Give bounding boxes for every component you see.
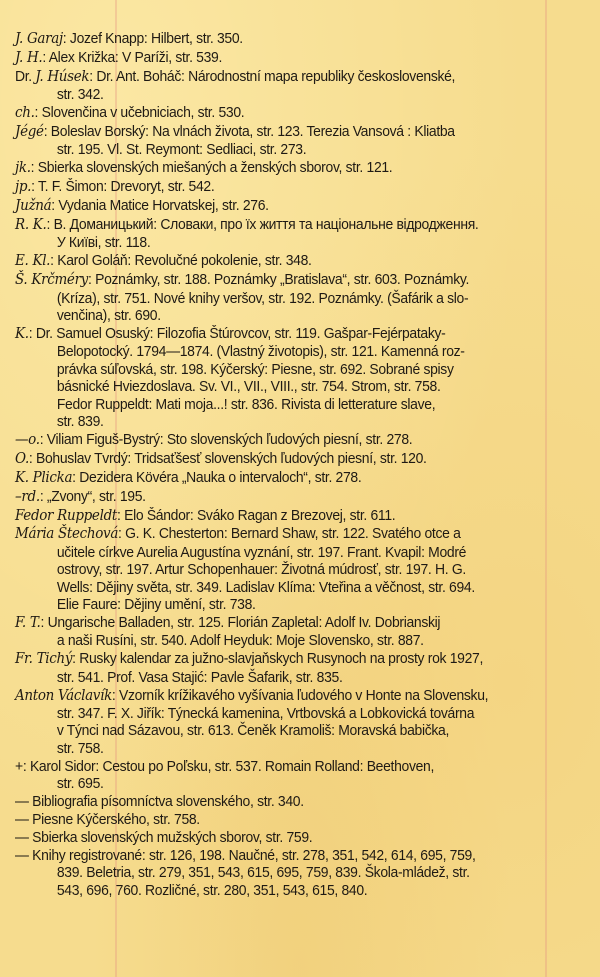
- entry-text: Dezidera Kövéra „Nauka o intervaloch“, s…: [79, 469, 361, 486]
- entry-text: Bohuslav Tvrdý: Tridsaťšesť slovenských …: [36, 450, 427, 467]
- index-entry: R. K.: В. Доманицький: Словаки, про їх ж…: [15, 216, 575, 252]
- entry-text: Dr. Samuel Osuský: Filozofia Štúrovcov, …: [36, 325, 446, 342]
- entry-continuation-line: Elie Faure: Dějiny umění, str. 738.: [15, 596, 575, 613]
- entry-first-line: K.: Dr. Samuel Osuský: Filozofia Štúrovc…: [15, 325, 575, 343]
- entry-first-line: ch.: Slovenčina v učebniciach, str. 530.: [15, 104, 575, 122]
- entry-continuation-line: v Týnci nad Sázavou, str. 613. Čeněk Kra…: [15, 722, 575, 739]
- index-entry: jp.: T. F. Šimon: Drevoryt, str. 542.: [15, 178, 575, 196]
- reviewer-name: Južná: [15, 198, 51, 214]
- entry-text: Elo Šándor: Sváko Ragan z Brezovej, str.…: [124, 507, 395, 524]
- entry-text: str. 195. Vl. St. Reymont: Sedliaci, str…: [57, 141, 306, 158]
- entry-first-line: Mária Štechová: G. K. Chesterton: Bernar…: [15, 525, 575, 543]
- index-entry: K.: Dr. Samuel Osuský: Filozofia Štúrovc…: [15, 325, 575, 430]
- entry-text: Fedor Ruppeldt: Mati moja...! str. 836. …: [57, 396, 435, 413]
- entry-separator: :: [31, 178, 38, 195]
- entry-text: str. 758.: [57, 740, 104, 757]
- entry-text: В. Доманицький: Словаки, про їх життя та…: [54, 216, 479, 233]
- reviewer-name: O.: [15, 451, 29, 467]
- entry-separator: :: [63, 30, 70, 47]
- entry-first-line: — Knihy registrované: str. 126, 198. Nau…: [15, 847, 575, 864]
- entry-text: básnické Hviezdoslava. Sv. VI., VII., VI…: [57, 378, 441, 395]
- entry-text: ostrovy, str. 197. Artur Schopenhauer: Ž…: [57, 561, 466, 578]
- entry-first-line: Južná: Vydania Matice Horvatskej, str. 2…: [15, 197, 575, 215]
- index-entry: Anton Václavík: Vzorník krížikavého vyší…: [15, 687, 575, 758]
- reviewer-name: –rd.: [15, 489, 40, 505]
- entry-continuation-line: str. 758.: [15, 740, 575, 757]
- index-entry: O.: Bohuslav Tvrdý: Tridsaťšesť slovensk…: [15, 450, 575, 468]
- entry-first-line: — Bibliografia písomníctva slovenského, …: [15, 793, 575, 810]
- entry-continuation-line: str. 195. Vl. St. Reymont: Sedliaci, str…: [15, 141, 575, 158]
- entry-text: (Kríza), str. 751. Nové knihy veršov, st…: [57, 290, 468, 307]
- entry-text: Vzorník krížikavého vyšívania ľudového v…: [119, 687, 488, 704]
- entry-first-line: Š. Krčméry: Poznámky, str. 188. Poznámky…: [15, 271, 575, 289]
- entry-text: Sbierka slovenských mužských sborov, str…: [32, 829, 312, 846]
- entry-text: učitele církve Aurelia Augustína vyznání…: [57, 544, 466, 561]
- index-entry: Fedor Ruppeldt: Elo Šándor: Sváko Ragan …: [15, 507, 575, 525]
- entry-separator: :: [41, 614, 48, 631]
- entry-text: Piesne Kýčerského, str. 758.: [32, 811, 200, 828]
- entry-continuation-line: str. 342.: [15, 86, 575, 103]
- index-entry: — Bibliografia písomníctva slovenského, …: [15, 793, 575, 810]
- entry-first-line: R. K.: В. Доманицький: Словаки, про їх ж…: [15, 216, 575, 234]
- index-entry: jk.: Sbierka slovenských miešaných a žen…: [15, 159, 575, 177]
- index-entry: Mária Štechová: G. K. Chesterton: Bernar…: [15, 525, 575, 613]
- index-entry: +: Karol Sidor: Cestou po Poľsku, str. 5…: [15, 758, 575, 793]
- entry-first-line: J. Garaj: Jozef Knapp: Hilbert, str. 350…: [15, 30, 575, 48]
- entry-text: Elie Faure: Dějiny umění, str. 738.: [57, 596, 256, 613]
- reviewer-name: R. K.: [15, 217, 46, 233]
- entry-continuation-line: 543, 696, 760. Rozličné, str. 280, 351, …: [15, 882, 575, 899]
- reviewer-name: jk.: [15, 160, 31, 176]
- entry-first-line: J. H.: Alex Križka: V Paríži, str. 539.: [15, 49, 575, 67]
- reviewer-name: J. Garaj: [15, 31, 63, 47]
- entry-first-line: F. T.: Ungarische Balladen, str. 125. Fl…: [15, 614, 575, 632]
- entry-text: Boleslav Borský: Na vlnách života, str. …: [51, 123, 455, 140]
- entry-first-line: E. Kl.: Karol Goláň: Revolučné pokolenie…: [15, 252, 575, 270]
- entry-separator: :: [112, 687, 119, 704]
- entry-text: 839. Beletria, str. 279, 351, 543, 615, …: [57, 864, 470, 881]
- entry-first-line: O.: Bohuslav Tvrdý: Tridsaťšesť slovensk…: [15, 450, 575, 468]
- entry-first-line: jk.: Sbierka slovenských miešaných a žen…: [15, 159, 575, 177]
- entry-separator: :: [51, 197, 58, 214]
- entry-continuation-line: a naši Rusíni, str. 540. Adolf Heyduk: M…: [15, 632, 575, 649]
- entry-first-line: K. Plicka: Dezidera Kövéra „Nauka o inte…: [15, 469, 575, 487]
- entry-prefix: —: [15, 847, 32, 864]
- entry-first-line: –rd.: „Zvony“, str. 195.: [15, 488, 575, 506]
- entry-prefix: —: [15, 793, 32, 810]
- entry-continuation-line: str. 347. F. X. Jiřík: Týnecká kamenina,…: [15, 705, 575, 722]
- entry-continuation-line: 839. Beletria, str. 279, 351, 543, 615, …: [15, 864, 575, 881]
- entry-continuation-line: učitele církve Aurelia Augustína vyznání…: [15, 544, 575, 561]
- entry-text: Karol Sidor: Cestou po Poľsku, str. 537.…: [30, 758, 434, 775]
- entry-first-line: Fedor Ruppeldt: Elo Šándor: Sváko Ragan …: [15, 507, 575, 525]
- entry-text: Slovenčina v učebniciach, str. 530.: [42, 104, 245, 121]
- index-entry: —o.: Viliam Figuš-Bystrý: Sto slovenskýc…: [15, 431, 575, 449]
- entry-separator: :: [29, 450, 36, 467]
- entry-text: právka súľovská, str. 198. Kýčerský: Pie…: [57, 361, 454, 378]
- reviewer-name: Anton Václavík: [15, 688, 112, 704]
- entry-text: a naši Rusíni, str. 540. Adolf Heyduk: M…: [57, 632, 424, 649]
- entry-text: str. 347. F. X. Jiřík: Týnecká kamenina,…: [57, 705, 474, 722]
- reviewer-name: E. Kl.: [15, 253, 50, 269]
- reviewer-name: ch.: [15, 105, 35, 121]
- index-entry: Jégé: Boleslav Borský: Na vlnách života,…: [15, 123, 575, 159]
- entry-text: T. F. Šimon: Drevoryt, str. 542.: [38, 178, 214, 195]
- entry-text: Dr. Ant. Boháč: Národnostní mapa republi…: [96, 68, 455, 85]
- entry-text: str. 342.: [57, 86, 104, 103]
- entry-first-line: —o.: Viliam Figuš-Bystrý: Sto slovenskýc…: [15, 431, 575, 449]
- entry-first-line: Anton Václavík: Vzorník krížikavého vyší…: [15, 687, 575, 705]
- entry-first-line: Jégé: Boleslav Borský: Na vlnách života,…: [15, 123, 575, 141]
- entry-first-line: — Sbierka slovenských mužských sborov, s…: [15, 829, 575, 846]
- entry-text: Poznámky, str. 188. Poznámky „Bratislava…: [95, 271, 469, 288]
- entry-text: Viliam Figuš-Bystrý: Sto slovenských ľud…: [47, 431, 413, 448]
- entry-first-line: — Piesne Kýčerského, str. 758.: [15, 811, 575, 828]
- index-entry: Dr. J. Húsek: Dr. Ant. Boháč: Národnostn…: [15, 68, 575, 104]
- entry-continuation-line: str. 541. Prof. Vasa Stajić: Pavle Šafar…: [15, 669, 575, 686]
- entry-continuation-line: ostrovy, str. 197. Artur Schopenhauer: Ž…: [15, 561, 575, 578]
- entry-text: Knihy registrované: str. 126, 198. Naučn…: [32, 847, 475, 864]
- entry-text: Bibliografia písomníctva slovenského, st…: [32, 793, 304, 810]
- entry-text: „Zvony“, str. 195.: [47, 488, 146, 505]
- entry-text: str. 541. Prof. Vasa Stajić: Pavle Šafar…: [57, 669, 343, 686]
- entry-prefix: Dr.: [15, 68, 35, 85]
- entry-text: str. 695.: [57, 775, 104, 792]
- entry-first-line: Dr. J. Húsek: Dr. Ant. Boháč: Národnostn…: [15, 68, 575, 86]
- reviewer-name: J. H.: [15, 50, 42, 66]
- entry-separator: :: [23, 758, 30, 775]
- entry-text: Alex Križka: V Paríži, str. 539.: [49, 49, 222, 66]
- reviewer-name: K. Plicka: [15, 470, 72, 486]
- entry-continuation-line: Belopotocký. 1794—1874. (Vlastný životop…: [15, 343, 575, 360]
- index-entry: Južná: Vydania Matice Horvatskej, str. 2…: [15, 197, 575, 215]
- entry-first-line: Fr. Tichý: Rusky kalendar za južno-slavj…: [15, 650, 575, 668]
- entry-continuation-line: str. 695.: [15, 775, 575, 792]
- index-entry: — Knihy registrované: str. 126, 198. Nau…: [15, 847, 575, 899]
- reviewer-name: Š. Krčméry: [15, 272, 88, 288]
- entry-continuation-line: Fedor Ruppeldt: Mati moja...! str. 836. …: [15, 396, 575, 413]
- reviewer-name: Fr. Tichý: [15, 651, 72, 667]
- index-entry: F. T.: Ungarische Balladen, str. 125. Fl…: [15, 614, 575, 650]
- entry-text: Belopotocký. 1794—1874. (Vlastný životop…: [57, 343, 465, 360]
- entry-continuation-line: právka súľovská, str. 198. Kýčerský: Pie…: [15, 361, 575, 378]
- entry-text: Wells: Dějiny světa, str. 349. Ladislav …: [57, 579, 475, 596]
- entry-text: G. K. Chesterton: Bernard Shaw, str. 122…: [125, 525, 460, 542]
- entry-continuation-line: (Kríza), str. 751. Nové knihy veršov, st…: [15, 290, 575, 307]
- entry-continuation-line: venčina), str. 690.: [15, 307, 575, 324]
- entry-text: Ungarische Balladen, str. 125. Florián Z…: [48, 614, 441, 631]
- index-entry: J. H.: Alex Križka: V Paríži, str. 539.: [15, 49, 575, 67]
- reviewer-name: jp.: [15, 179, 31, 195]
- entry-text: Karol Goláň: Revolučné pokolenie, str. 3…: [57, 252, 311, 269]
- entry-text: Rusky kalendar za južno-slavjaňskych Rus…: [79, 650, 483, 667]
- entry-text: Vydania Matice Horvatskej, str. 276.: [58, 197, 268, 214]
- index-entry: Fr. Tichý: Rusky kalendar za južno-slavj…: [15, 650, 575, 686]
- reviewer-name: Fedor Ruppeldt: [15, 508, 117, 524]
- entry-text: 543, 696, 760. Rozličné, str. 280, 351, …: [57, 882, 367, 899]
- entry-text: Sbierka slovenských miešaných a ženských…: [38, 159, 393, 176]
- entry-continuation-line: básnické Hviezdoslava. Sv. VI., VII., VI…: [15, 378, 575, 395]
- index-page: J. Garaj: Jozef Knapp: Hilbert, str. 350…: [15, 30, 575, 900]
- entry-continuation-line: str. 839.: [15, 413, 575, 430]
- entry-first-line: +: Karol Sidor: Cestou po Poľsku, str. 5…: [15, 758, 575, 775]
- reviewer-name: —o.: [15, 432, 40, 448]
- index-entry: E. Kl.: Karol Goláň: Revolučné pokolenie…: [15, 252, 575, 270]
- entry-text: v Týnci nad Sázavou, str. 613. Čeněk Kra…: [57, 722, 449, 739]
- index-entry: Š. Krčméry: Poznámky, str. 188. Poznámky…: [15, 271, 575, 324]
- entry-separator: :: [44, 123, 51, 140]
- reviewer-name: K.: [15, 326, 29, 342]
- reviewer-name: J. Húsek: [35, 69, 89, 85]
- entry-separator: :: [35, 104, 42, 121]
- reviewer-name: F. T.: [15, 615, 41, 631]
- entry-text: У Київі, str. 118.: [57, 234, 151, 251]
- entry-prefix: —: [15, 829, 32, 846]
- entry-prefix: —: [15, 811, 32, 828]
- reviewer-name: Jégé: [15, 124, 44, 140]
- entry-text: str. 839.: [57, 413, 104, 430]
- entry-continuation-line: Wells: Dějiny světa, str. 349. Ladislav …: [15, 579, 575, 596]
- entry-text: venčina), str. 690.: [57, 307, 161, 324]
- index-entry: –rd.: „Zvony“, str. 195.: [15, 488, 575, 506]
- reviewer-name: Mária Štechová: [15, 526, 118, 542]
- entry-continuation-line: У Київі, str. 118.: [15, 234, 575, 251]
- entry-first-line: jp.: T. F. Šimon: Drevoryt, str. 542.: [15, 178, 575, 196]
- index-entry: J. Garaj: Jozef Knapp: Hilbert, str. 350…: [15, 30, 575, 48]
- index-entry: — Piesne Kýčerského, str. 758.: [15, 811, 575, 828]
- index-entry: ch.: Slovenčina v učebniciach, str. 530.: [15, 104, 575, 122]
- index-entry: — Sbierka slovenských mužských sborov, s…: [15, 829, 575, 846]
- index-entry: K. Plicka: Dezidera Kövéra „Nauka o inte…: [15, 469, 575, 487]
- entry-text: Jozef Knapp: Hilbert, str. 350.: [70, 30, 243, 47]
